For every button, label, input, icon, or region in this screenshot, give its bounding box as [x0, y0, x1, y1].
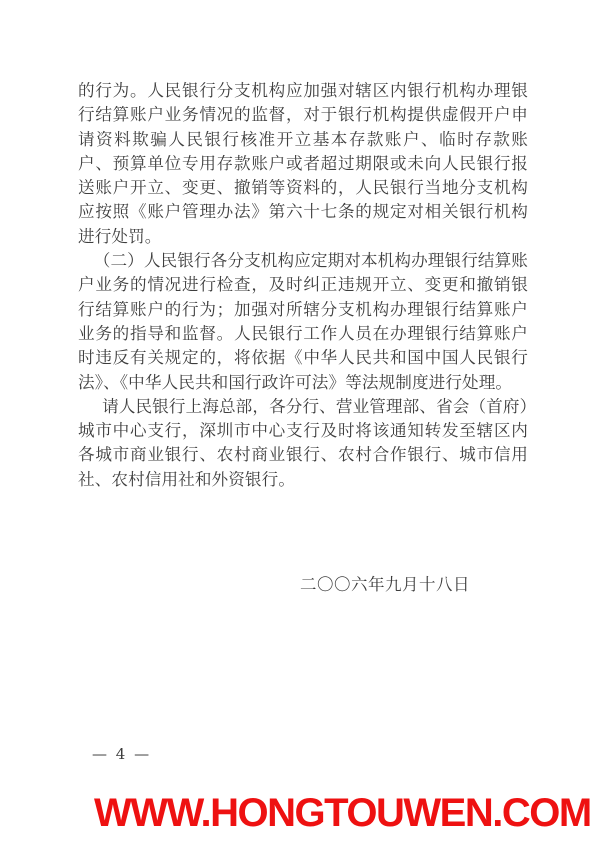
document-body: 的行为。人民银行分支机构应加强对辖区内银行机构办理银行结算账户业务情况的监督，对…: [78, 79, 528, 492]
paragraph-continuation: 的行为。人民银行分支机构应加强对辖区内银行机构办理银行结算账户业务情况的监督，对…: [78, 79, 528, 249]
date-line: 二〇〇六年九月十八日: [300, 571, 470, 595]
watermark-text: WWW.HONGTOUWEN.COM: [94, 791, 594, 836]
paragraph-forwarding-request: 请人民银行上海总部，各分行、营业管理部、省会（首府）城市中心支行，深圳市中心支行…: [78, 395, 528, 492]
document-page: 的行为。人民银行分支机构应加强对辖区内银行机构办理银行结算账户业务情况的监督，对…: [0, 0, 600, 849]
page-number: — 4 —: [92, 745, 151, 763]
paragraph-item-two: （二）人民银行各分支机构应定期对本机构办理银行结算账户业务的情况进行检查，及时纠…: [78, 249, 528, 395]
